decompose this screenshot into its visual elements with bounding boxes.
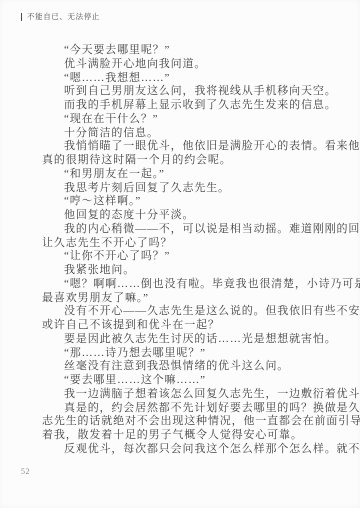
text-line: “那……诗乃想去哪里呢？” xyxy=(42,347,322,361)
text-line: 他回复的态度十分平淡。 xyxy=(42,209,322,223)
text-line: 听到自己男朋友这么问，我将视线从手机移向天空。 xyxy=(42,85,322,99)
text-line: 我一边满脑子想着该怎么回复久志先生，一边敷衍着优斗。 xyxy=(42,388,322,402)
text-line: 让久志先生不开心了吗？ xyxy=(42,237,322,251)
text-line: “哼～这样啊。” xyxy=(42,195,322,209)
text-line: 我思考片刻后回复了久志先生。 xyxy=(42,182,322,196)
chapter-title: 不能自已、无法停止 xyxy=(27,12,100,22)
text-line: “现在在干什么？” xyxy=(42,113,322,127)
text-line: 我悄悄瞄了一眼优斗，他依旧是满脸开心的表情。看来他是 xyxy=(42,140,322,154)
page-number: 52 xyxy=(21,467,30,476)
text-line: 我紧张地问。 xyxy=(42,264,322,278)
text-line: 丝毫没有注意到我恐惧情绪的优斗这么问。 xyxy=(42,360,322,374)
page-text: “今天要去哪里呢？”优斗满脸开心地向我问道。“嗯……我想想……”听到自己男朋友这… xyxy=(42,44,322,457)
text-line: “和男朋友在一起。” xyxy=(42,168,322,182)
running-header: 不能自已、无法停止 xyxy=(21,12,100,22)
book-page: 不能自已、无法停止 “今天要去哪里呢？”优斗满脸开心地向我问道。“嗯……我想想…… xyxy=(0,0,360,508)
text-line: 要是因此被久志先生讨厌的话……光是想想就害怕。 xyxy=(42,333,322,347)
text-line: 最喜欢男朋友了嘛。” xyxy=(42,292,322,306)
text-line: 我的内心稍微——不，可以说是相当动摇。难道刚刚的回复 xyxy=(42,223,322,237)
header-bar-icon xyxy=(21,13,22,21)
text-line: “嗯？啊啊……倒也没有啦。毕竟我也很清楚，小诗乃可是 xyxy=(42,278,322,292)
text-line: 着我，散发着十足的男子气概令人觉得安心可靠。 xyxy=(42,429,322,443)
text-line: “要去哪里……这个嘛……” xyxy=(42,374,322,388)
text-line: “让你不开心了吗？” xyxy=(42,250,322,264)
text-line: 反观优斗，每次都只会问我这个怎么样那个怎么样。就不 xyxy=(42,443,322,457)
text-line: 而我的手机屏幕上显示收到了久志先生发来的信息。 xyxy=(42,99,322,113)
text-line: 十分简洁的信息。 xyxy=(42,127,322,141)
text-line: 或许自己不该提到和优斗在一起？ xyxy=(42,319,322,333)
text-line: “今天要去哪里呢？” xyxy=(42,44,322,58)
text-line: 志先生的话就绝对不会出现这种情况，他一直都会在前面引导 xyxy=(42,415,322,429)
text-line: 没有不开心——久志先生是这么说的。但我依旧有些不安， xyxy=(42,305,322,319)
text-line: 优斗满脸开心地向我问道。 xyxy=(42,58,322,72)
text-line: 真的很期待这时隔一个月的约会呢。 xyxy=(42,154,322,168)
text-line: 真是的，约会居然都不先计划好要去哪里的吗？换做是久 xyxy=(42,402,322,416)
text-line: “嗯……我想想……” xyxy=(42,72,322,86)
